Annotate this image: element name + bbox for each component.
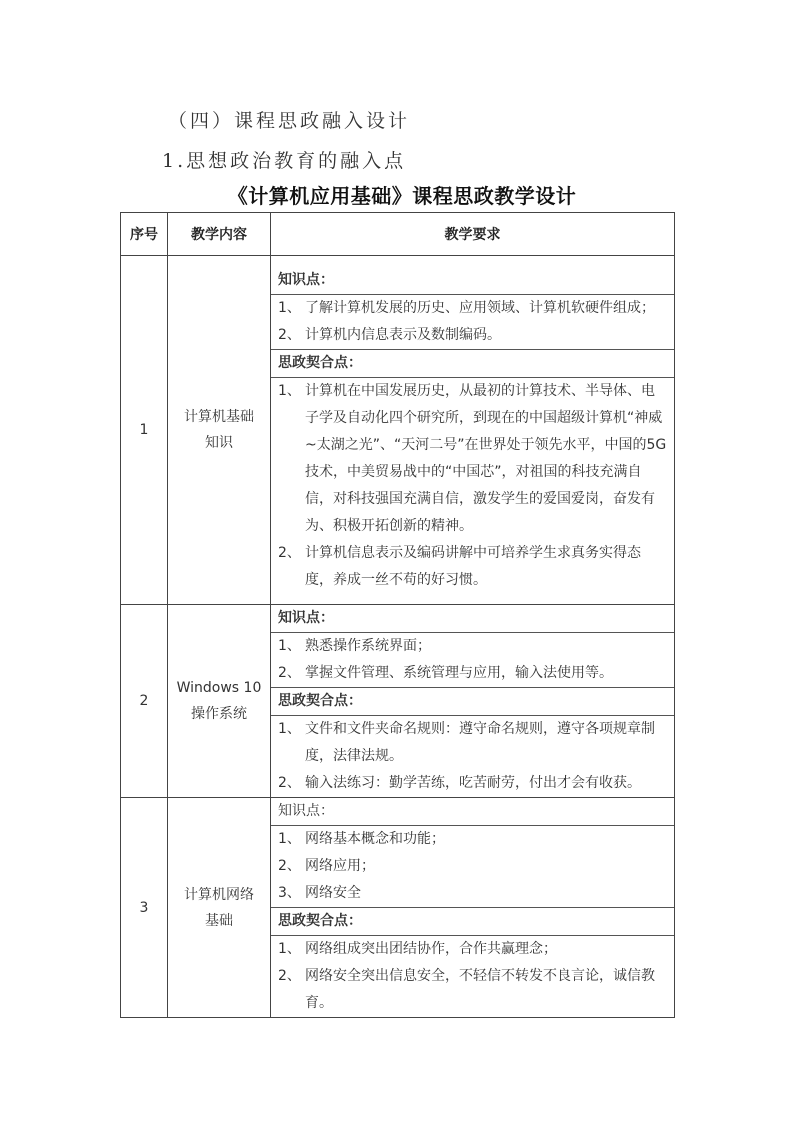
document-title: 《计算机应用基础》课程思政教学设计 (0, 180, 794, 209)
section-heading: （四）课程思政融入设计 (168, 106, 410, 133)
list-item: 2、计算机内信息表示及数制编码。 (278, 322, 668, 349)
ideology-label: 思政契合点： (271, 350, 674, 378)
teaching-design-table: 序号 教学内容 教学要求 1 计算机基础 知识 知识点： 1、了解计算机发展的历… (120, 212, 675, 1018)
ideology-label: 思政契合点： (271, 908, 674, 936)
row-topic: 计算机网络 基础 (168, 798, 271, 1018)
list-item: 2、掌握文件管理、系统管理与应用，输入法使用等。 (278, 660, 668, 687)
knowledge-label: 知识点： (271, 798, 674, 826)
list-item: 1、计算机在中国发展历史，从最初的计算技术、半导体、电子学及自动化四个研究所，到… (278, 378, 668, 540)
column-header-number: 序号 (121, 213, 168, 256)
list-item: 2、输入法练习：勤学苦练，吃苦耐劳，付出才会有收获。 (278, 770, 668, 797)
list-item: 1、网络基本概念和功能； (278, 826, 668, 853)
knowledge-list: 1、熟悉操作系统界面； 2、掌握文件管理、系统管理与应用，输入法使用等。 (271, 633, 674, 688)
column-header-requirements: 教学要求 (271, 213, 675, 256)
row-requirements: 知识点： 1、网络基本概念和功能； 2、网络应用； 3、网络安全 思政契合点： … (271, 798, 675, 1018)
ideology-list: 1、计算机在中国发展历史，从最初的计算技术、半导体、电子学及自动化四个研究所，到… (271, 378, 674, 594)
ideology-label: 思政契合点： (271, 688, 674, 716)
subsection-heading: 1.思想政治教育的融入点 (162, 146, 406, 173)
knowledge-list: 1、网络基本概念和功能； 2、网络应用； 3、网络安全 (271, 826, 674, 908)
topic-line: 基础 (168, 908, 270, 934)
row-requirements: 知识点： 1、了解计算机发展的历史、应用领域、计算机软硬件组成； 2、计算机内信… (271, 256, 675, 605)
topic-line: 计算机基础 (168, 404, 270, 430)
list-item: 3、网络安全 (278, 880, 668, 907)
list-item: 2、计算机信息表示及编码讲解中可培养学生求真务实得态度，养成一丝不苟的好习惯。 (278, 540, 668, 594)
knowledge-label: 知识点： (271, 267, 674, 295)
table-row: 1 计算机基础 知识 知识点： 1、了解计算机发展的历史、应用领域、计算机软硬件… (121, 256, 675, 605)
ideology-list: 1、文件和文件夹命名规则：遵守命名规则，遵守各项规章制度，法律法规。 2、输入法… (271, 716, 674, 797)
row-number: 3 (121, 798, 168, 1018)
column-header-content: 教学内容 (168, 213, 271, 256)
list-item: 2、网络应用； (278, 853, 668, 880)
topic-line: 知识 (168, 430, 270, 456)
list-item: 2、网络安全突出信息安全，不轻信不转发不良言论，诚信教育。 (278, 963, 668, 1017)
ideology-list: 1、网络组成突出团结协作，合作共赢理念； 2、网络安全突出信息安全，不轻信不转发… (271, 936, 674, 1017)
topic-line: 计算机网络 (168, 882, 270, 908)
row-number: 1 (121, 256, 168, 605)
topic-line: 操作系统 (168, 701, 270, 727)
row-requirements: 知识点： 1、熟悉操作系统界面； 2、掌握文件管理、系统管理与应用，输入法使用等… (271, 605, 675, 798)
topic-line: Windows 10 (168, 675, 270, 701)
row-topic: 计算机基础 知识 (168, 256, 271, 605)
list-item: 1、熟悉操作系统界面； (278, 633, 668, 660)
knowledge-label: 知识点： (271, 605, 674, 633)
row-topic: Windows 10 操作系统 (168, 605, 271, 798)
knowledge-list: 1、了解计算机发展的历史、应用领域、计算机软硬件组成； 2、计算机内信息表示及数… (271, 295, 674, 350)
list-item: 1、了解计算机发展的历史、应用领域、计算机软硬件组成； (278, 295, 668, 322)
list-item: 1、文件和文件夹命名规则：遵守命名规则，遵守各项规章制度，法律法规。 (278, 716, 668, 770)
table-row: 2 Windows 10 操作系统 知识点： 1、熟悉操作系统界面； 2、掌握文… (121, 605, 675, 798)
table-header-row: 序号 教学内容 教学要求 (121, 213, 675, 256)
list-item: 1、网络组成突出团结协作，合作共赢理念； (278, 936, 668, 963)
table-row: 3 计算机网络 基础 知识点： 1、网络基本概念和功能； 2、网络应用； 3、网… (121, 798, 675, 1018)
row-number: 2 (121, 605, 168, 798)
